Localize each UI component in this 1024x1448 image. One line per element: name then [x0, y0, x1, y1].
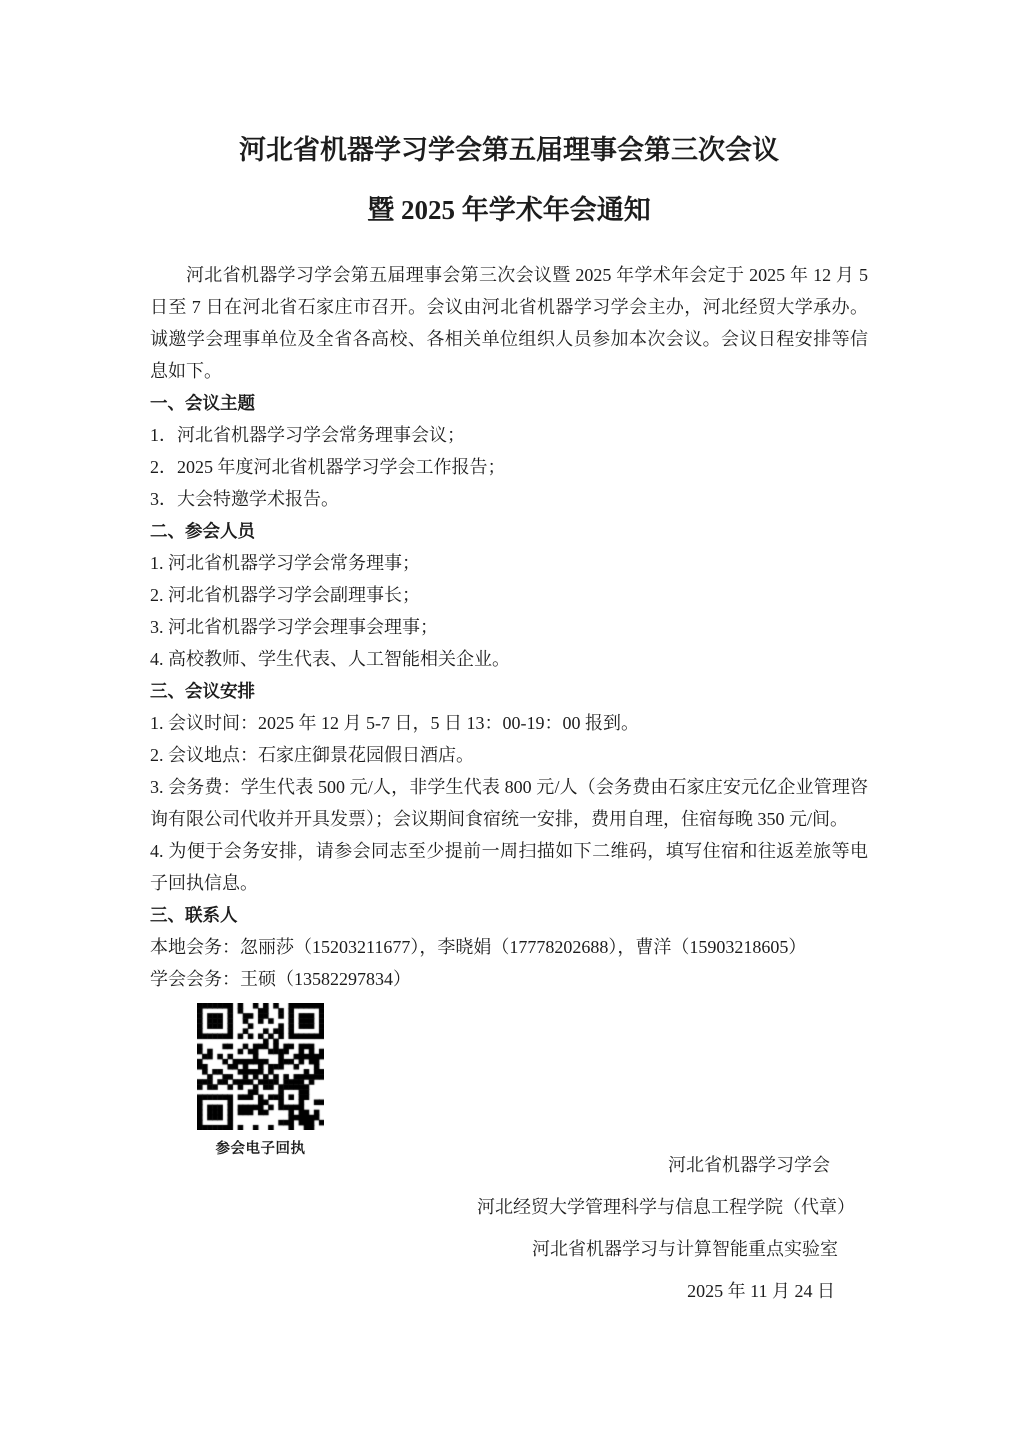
- contact-line-local: 本地会务：忽丽莎（15203211677），李晓娟（17778202688），曹…: [150, 931, 868, 963]
- signature-org-lab: 河北省机器学习与计算智能重点实验室: [150, 1228, 855, 1270]
- notice-intro-paragraph: 河北省机器学习学会第五届理事会第三次会议暨 2025 年学术年会定于 2025 …: [150, 259, 868, 387]
- list-item: 1. 会议时间：2025 年 12 月 5-7 日，5 日 13：00-19：0…: [150, 707, 868, 739]
- signature-org-college: 河北经贸大学管理科学与信息工程学院（代章）: [150, 1186, 855, 1228]
- qr-code: [197, 1003, 324, 1130]
- list-item: 1．河北省机器学习学会常务理事会议；: [150, 419, 868, 451]
- signature-block: 河北省机器学习学会 河北经贸大学管理科学与信息工程学院（代章） 河北省机器学习与…: [150, 1144, 868, 1312]
- document-title-line2: 暨 2025 年学术年会通知: [150, 193, 868, 227]
- list-item: 4. 高校教师、学生代表、人工智能相关企业。: [150, 643, 868, 675]
- list-item: 3. 河北省机器学习学会理事会理事；: [150, 611, 868, 643]
- list-item: 3. 会务费：学生代表 500 元/人，非学生代表 800 元/人（会务费由石家…: [150, 771, 868, 835]
- list-item: 1. 河北省机器学习学会常务理事；: [150, 547, 868, 579]
- list-item: 2．2025 年度河北省机器学习学会工作报告；: [150, 451, 868, 483]
- qr-caption: 参会电子回执: [197, 1137, 324, 1158]
- signature-date: 2025 年 11 月 24 日: [150, 1270, 855, 1312]
- contact-line-society: 学会会务：王硕（13582297834）: [150, 963, 868, 995]
- document-title-line1: 河北省机器学习学会第五届理事会第三次会议: [150, 133, 868, 167]
- qr-block: 参会电子回执: [197, 1003, 324, 1158]
- section-heading-schedule: 三、会议安排: [150, 675, 868, 707]
- notice-document-page: 河北省机器学习学会第五届理事会第三次会议 暨 2025 年学术年会通知 河北省机…: [0, 0, 1024, 1448]
- list-item: 2. 会议地点：石家庄御景花园假日酒店。: [150, 739, 868, 771]
- section-heading-contacts: 三、联系人: [150, 899, 868, 931]
- list-item: 2. 河北省机器学习学会副理事长；: [150, 579, 868, 611]
- section-heading-participants: 二、参会人员: [150, 515, 868, 547]
- list-item: 3．大会特邀学术报告。: [150, 483, 868, 515]
- list-item: 4. 为便于会务安排，请参会同志至少提前一周扫描如下二维码，填写住宿和往返差旅等…: [150, 835, 868, 899]
- section-heading-topics: 一、会议主题: [150, 387, 868, 419]
